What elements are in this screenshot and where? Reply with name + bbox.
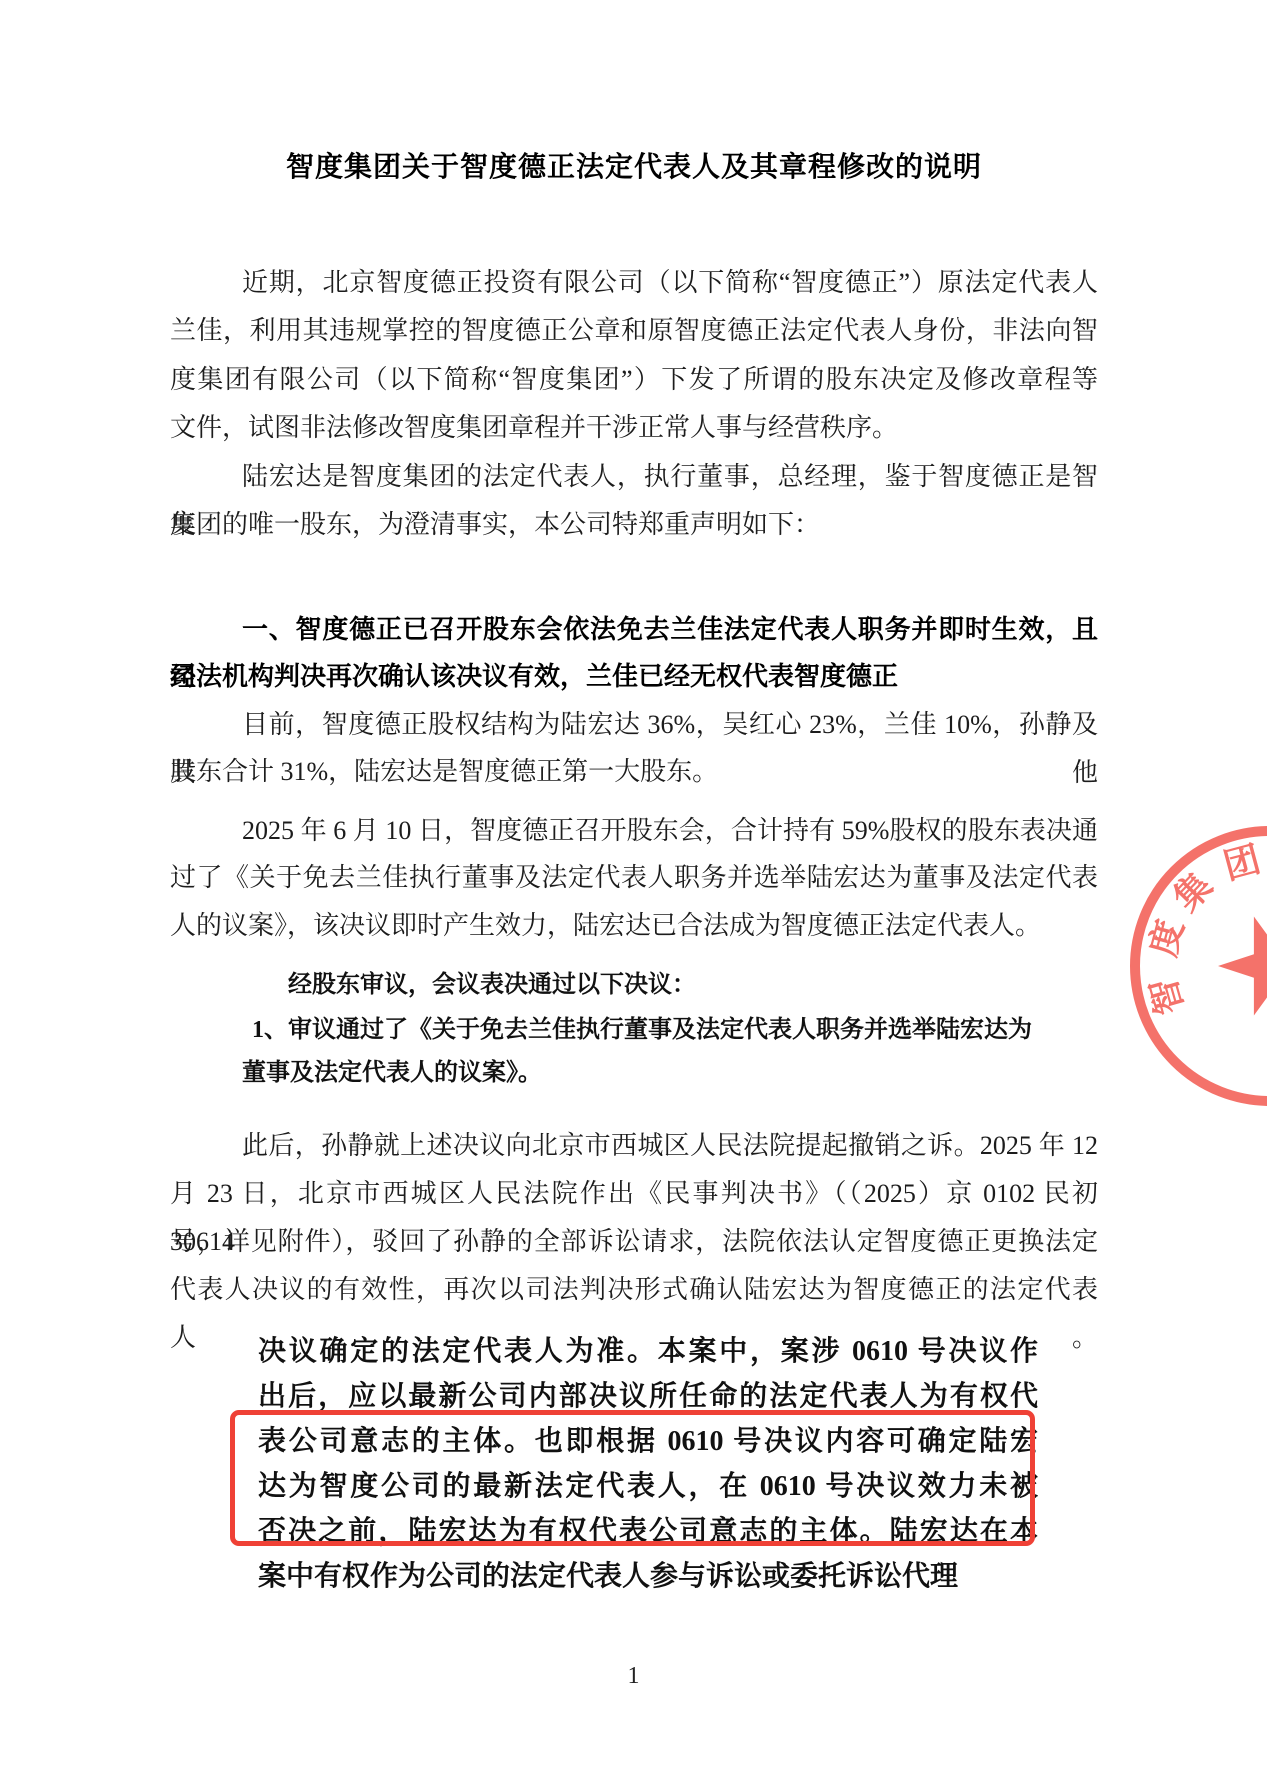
company-seal: 智 度 集 团 bbox=[1100, 780, 1267, 1120]
body-line: 集团的唯一股东，为澄清事实，本公司特郑重声明如下： bbox=[170, 501, 1098, 549]
body-line: 近期，北京智度德正投资有限公司（以下简称“智度德正”）原法定代表人 bbox=[170, 259, 1098, 307]
body-line: 人的议案》，该决议即时产生效力，陆宏达已合法成为智度德正法定代表人。 bbox=[170, 902, 1098, 950]
body-line: 兰佳，利用其违规掌控的智度德正公章和原智度德正法定代表人身份，非法向智 bbox=[170, 307, 1098, 355]
page-title: 智度集团关于智度德正法定代表人及其章程修改的说明 bbox=[170, 144, 1098, 192]
section-heading-line: 司法机构判决再次确认该决议有效，兰佳已经无权代表智度德正 bbox=[170, 653, 1098, 701]
body-line: 过了《关于免去兰佳执行董事及法定代表人职务并选举陆宏达为董事及法定代表 bbox=[170, 854, 1098, 902]
body-line: 度集团有限公司（以下简称“智度集团”）下发了所谓的股东决定及修改章程等 bbox=[170, 356, 1098, 404]
judgment-quote-line: 表公司意志的主体。也即根据 0610 号决议内容可确定陆宏 bbox=[258, 1419, 1038, 1465]
seal-char: 智 bbox=[1143, 973, 1191, 1019]
judgment-quote-line: 否决之前，陆宏达为有权代表公司意志的主体。陆宏达在本 bbox=[258, 1509, 1038, 1555]
judgment-quote-line: 案中有权作为公司的法定代表人参与诉讼或委托诉讼代理 bbox=[258, 1554, 1038, 1600]
body-line: 股东合计 31%，陆宏达是智度德正第一大股东。 bbox=[170, 748, 1098, 796]
body-line: 2025 年 6 月 10 日，智度德正召开股东会，合计持有 59%股权的股东表… bbox=[170, 807, 1098, 855]
judgment-quote-line: 决议确定的法定代表人为准。本案中，案涉 0610 号决议作 bbox=[258, 1329, 1038, 1375]
resolution-quote-line: 董事及法定代表人的议案》。 bbox=[242, 1051, 542, 1095]
resolution-quote-line: 经股东审议，会议表决通过以下决议： bbox=[288, 963, 696, 1007]
judgment-quote-line: 达为智度公司的最新法定代表人，在 0610 号决议效力未被 bbox=[258, 1464, 1038, 1510]
body-line: 此后，孙静就上述决议向北京市西城区人民法院提起撤销之诉。2025 年 12 bbox=[170, 1122, 1098, 1170]
seal-char: 度 bbox=[1142, 915, 1191, 960]
body-line: 文件，试图非法修改智度集团章程并干涉正常人事与经营秩序。 bbox=[170, 404, 1098, 452]
seal-star-icon bbox=[1218, 917, 1267, 1016]
resolution-quote-line: 1、审议通过了《关于免去兰佳执行董事及法定代表人职务并选举陆宏达为 bbox=[252, 1008, 1032, 1052]
judgment-quote-line: 出后，应以最新公司内部决议所任命的法定代表人为有权代 bbox=[258, 1374, 1038, 1420]
body-line: 号，详见附件），驳回了孙静的全部诉讼请求，法院依法认定智度德正更换法定 bbox=[170, 1218, 1098, 1266]
seal-char: 团 bbox=[1219, 839, 1264, 887]
document-page: 智度集团关于智度德正法定代表人及其章程修改的说明 近期，北京智度德正投资有限公司… bbox=[0, 0, 1267, 1792]
page-number: 1 bbox=[0, 1652, 1267, 1700]
